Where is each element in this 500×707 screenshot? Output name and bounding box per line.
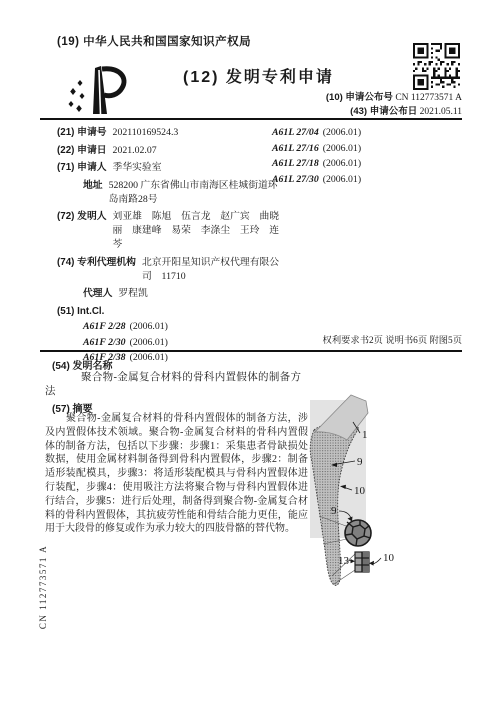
application-number: 202110169524.3 [113, 126, 283, 140]
ipc-entry: A61L 27/16(2006.01) [272, 142, 462, 156]
cnipa-logo-icon [62, 62, 138, 118]
publication-number-label: (10) 申请公布号 [326, 92, 393, 103]
ipc-version: (2006.01) [323, 127, 361, 138]
ipc-entry: A61F 2/30(2006.01) [83, 336, 283, 350]
address-label: 地址 [83, 179, 103, 207]
figure-label-13: 13 [338, 555, 350, 567]
figure-label-9-detail: 9 [331, 505, 337, 517]
publication-date: 2021.05.11 [420, 107, 462, 117]
side-publication-number: CN 112773571 A [38, 545, 48, 629]
agent-field: 代理人 罗程凯 [83, 287, 283, 301]
agency-label: (74) 专利代理机构 [57, 256, 136, 284]
ipc-entry: A61L 27/18(2006.01) [272, 157, 462, 171]
biblio-divider [40, 350, 462, 352]
address-value: 528200 广东省佛山市南海区桂城街道环岛南路28号 [109, 179, 283, 207]
cell-structure-detail-square [355, 552, 369, 572]
cell-structure-detail-circle [345, 520, 371, 546]
applicant-field: (71) 申请人 季华实验室 [57, 161, 283, 175]
application-number-field: (21) 申请号 202110169524.3 [57, 126, 283, 140]
abstract-text: 聚合物-金属复合材料的骨科内置假体的制备方法，涉及内置假体技术领域。聚合物-金属… [45, 412, 308, 536]
agent-name: 罗程凯 [118, 287, 283, 301]
ipc-version: (2006.01) [323, 143, 361, 154]
biblio-right-column: A61L 27/04(2006.01) A61L 27/16(2006.01) … [272, 126, 462, 188]
address-field: 地址 528200 广东省佛山市南海区桂城街道环岛南路28号 [83, 179, 283, 207]
ipc-entry: A61L 27/04(2006.01) [272, 126, 462, 140]
agency-field: (74) 专利代理机构 北京开阳星知识产权代理有限公司 11710 [57, 256, 283, 284]
qr-code [413, 43, 460, 90]
biblio-left-column: (21) 申请号 202110169524.3 (22) 申请日 2021.02… [57, 126, 283, 367]
inventors-label: (72) 发明人 [57, 210, 107, 252]
ipc-version: (2006.01) [323, 158, 361, 169]
inventors-names: 刘亚雄 陈旭 伍言龙 赵广宾 曲晓丽 康建峰 易荣 李涤尘 王玲 连芩 [113, 210, 283, 252]
publication-date-line: (43) 申请公布日 2021.05.11 [250, 105, 462, 119]
invention-title: 聚合物-金属复合材料的骨科内置假体的制备方法 [45, 371, 301, 399]
application-date: 2021.02.07 [113, 144, 283, 158]
ipc-code: A61F 2/30 [83, 337, 126, 348]
title-section-label: (54) 发明名称 [52, 357, 113, 372]
application-date-label: (22) 申请日 [57, 144, 107, 158]
agency-name: 北京开阳星知识产权代理有限公司 11710 [142, 256, 283, 284]
inventors-field: (72) 发明人 刘亚雄 陈旭 伍言龙 赵广宾 曲晓丽 康建峰 易荣 李涤尘 王… [57, 210, 283, 252]
ipc-code: A61L 27/30 [272, 174, 319, 185]
publication-date-label: (43) 申请公布日 [350, 106, 417, 117]
figure-label-10-detail: 10 [383, 552, 395, 564]
abstract-figure: 1 9 10 9 13 10 [306, 390, 458, 602]
ipc-label: (51) Int.Cl. [57, 305, 104, 319]
figure-label-9-body: 9 [357, 456, 363, 468]
publication-number-line: (10) 申请公布号 CN 112773571 A [250, 91, 462, 105]
authority-name: (19) 中华人民共和国国家知识产权局 [57, 33, 251, 49]
pages-info: 权利要求书2页 说明书6页 附图5页 [323, 332, 462, 346]
ipc-version: (2006.01) [130, 321, 168, 332]
figure-label-1: 1 [362, 429, 368, 441]
ipc-code: A61L 27/04 [272, 127, 319, 138]
header-divider [40, 118, 462, 120]
ipc-version: (2006.01) [130, 352, 168, 363]
ipc-entry: A61F 2/28(2006.01) [83, 320, 283, 334]
agent-label: 代理人 [83, 287, 112, 301]
figure-label-10-surface: 10 [354, 485, 366, 497]
patent-front-page: (19) 中华人民共和国国家知识产权局 (12) 发明专利申请 (10) 申请公… [0, 0, 500, 707]
application-number-label: (21) 申请号 [57, 126, 107, 140]
ipc-code: A61L 27/18 [272, 158, 319, 169]
ipc-entry: A61F 2/38(2006.01) [83, 351, 283, 365]
ipc-code: A61F 2/28 [83, 321, 126, 332]
applicant-label: (71) 申请人 [57, 161, 107, 175]
ipc-entry: A61L 27/30(2006.01) [272, 173, 462, 187]
ipc-version: (2006.01) [130, 337, 168, 348]
document-type-title: (12) 发明专利申请 [183, 64, 334, 87]
ipc-field: (51) Int.Cl. [57, 305, 283, 319]
applicant-name: 季华实验室 [113, 161, 283, 175]
ipc-version: (2006.01) [323, 174, 361, 185]
ipc-code: A61L 27/16 [272, 143, 319, 154]
publication-number: CN 112773571 A [395, 93, 462, 103]
publication-block: (10) 申请公布号 CN 112773571 A (43) 申请公布日 202… [250, 91, 462, 119]
application-date-field: (22) 申请日 2021.02.07 [57, 144, 283, 158]
